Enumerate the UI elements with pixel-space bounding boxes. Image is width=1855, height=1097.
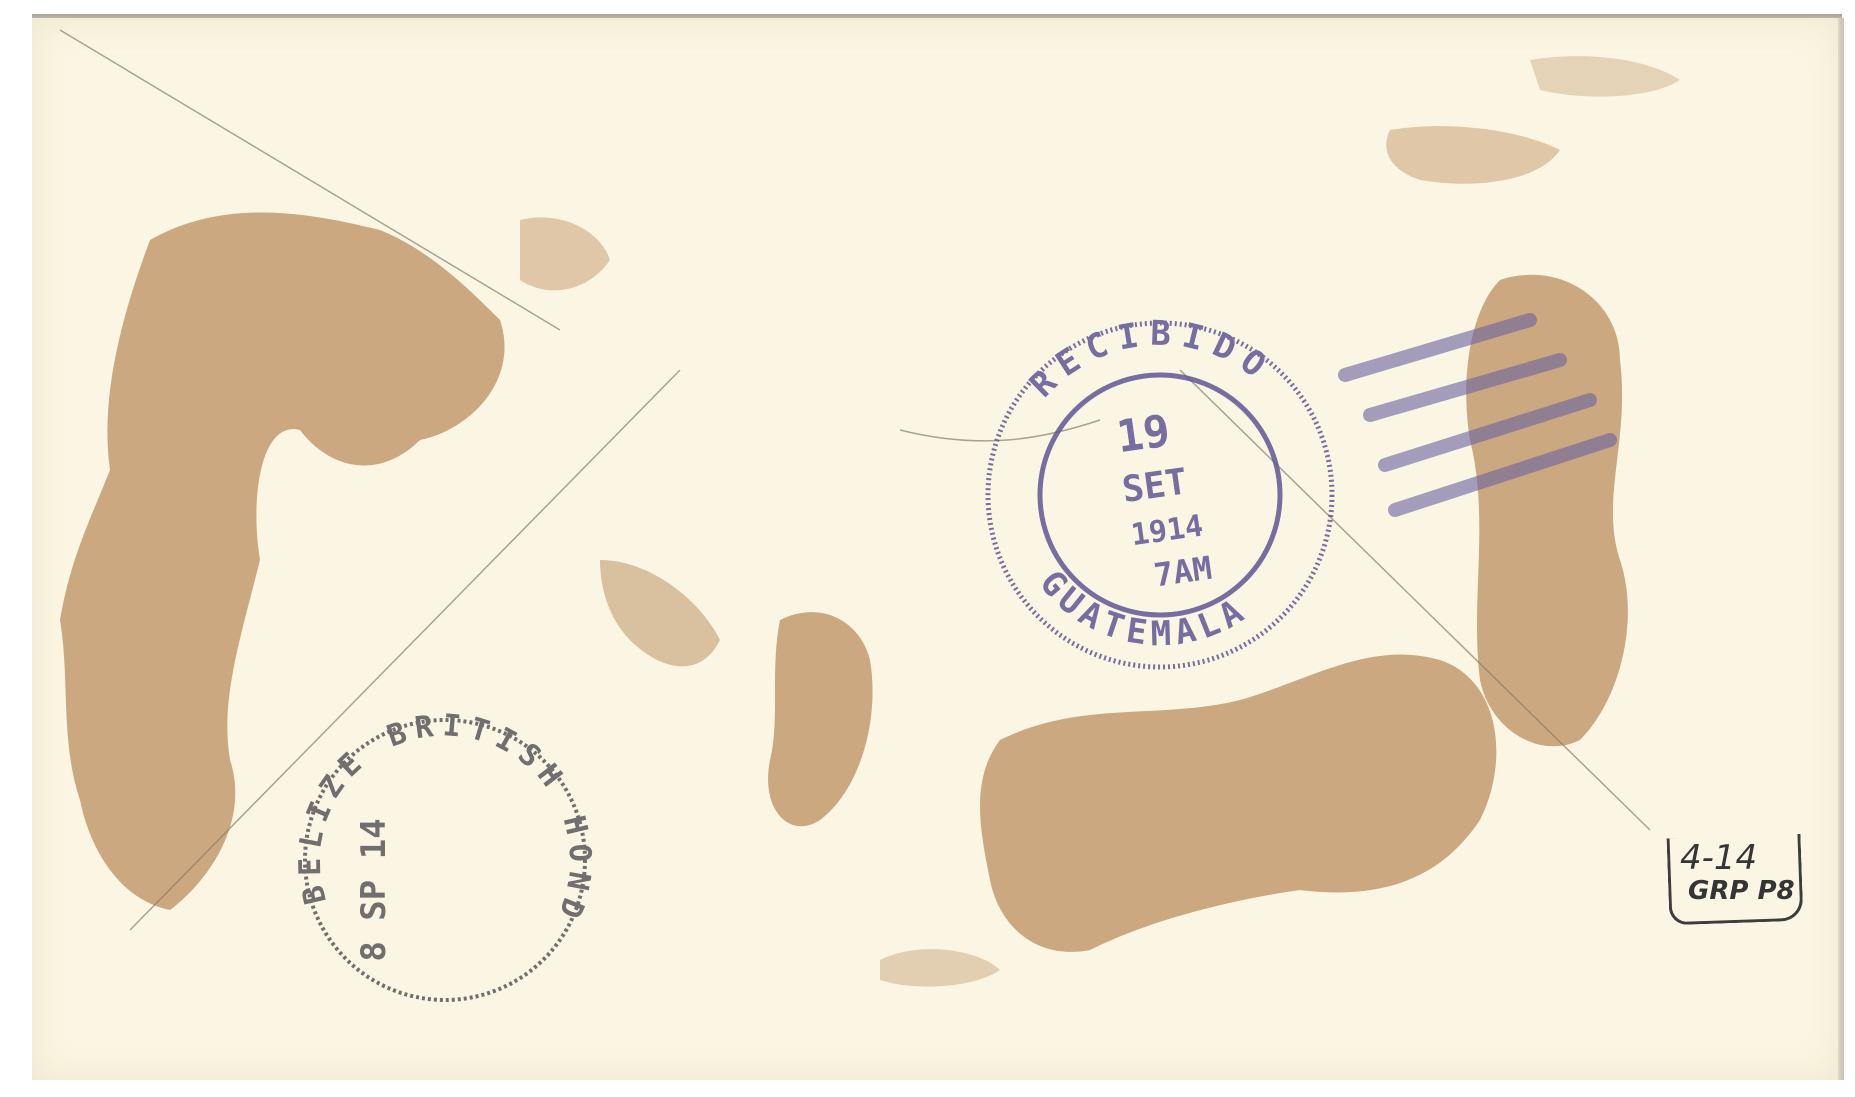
postmark-date-line: 8 SP 14: [354, 818, 394, 961]
handwritten-note-date: 4-14: [1680, 838, 1757, 878]
belize-postmark: BELIZE BRITISH HONDURAS 8 SP 14: [0, 0, 1855, 1097]
handwritten-note-code: GRP P8: [1688, 876, 1795, 906]
svg-text:BELIZE BRITISH HONDURAS: BELIZE BRITISH HONDURAS: [293, 708, 598, 930]
postmark-outer-text: BELIZE BRITISH HONDURAS: [293, 708, 598, 930]
